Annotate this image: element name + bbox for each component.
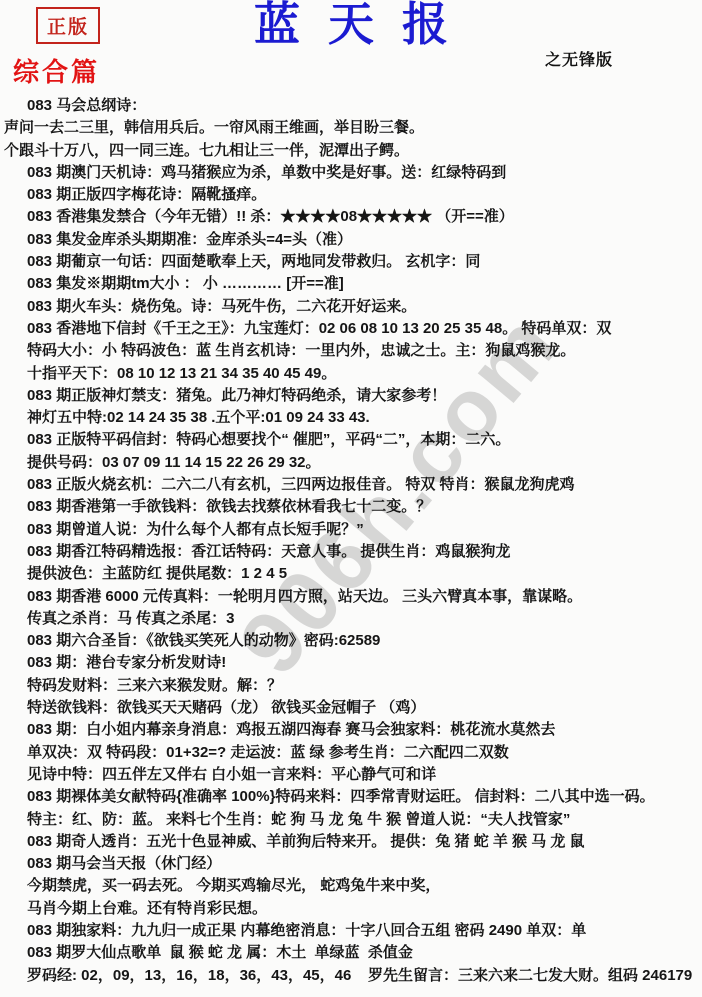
body-line: 083 期奇人透肖：五光十色显神威、羊前狗后特来开。 提供：兔 猪 蛇 羊 猴 …	[27, 831, 692, 853]
body-line: 十指平天下：08 10 12 13 21 34 35 40 45 49。	[27, 363, 692, 385]
body-line: 提供波色：主蓝防红 提供尾数：1 2 4 5	[27, 563, 692, 585]
body-line: 083 期独家料：九九归一成正果 内幕绝密消息：十字八回合五组 密码 2490 …	[27, 920, 692, 942]
body-line: 083 马会总纲诗：	[27, 95, 692, 117]
edition-label: 之无锋版	[545, 47, 613, 70]
body-line: 083 期香港 6000 元传真料：一轮明月四方照，站天边。 三头六臂真本事，靠…	[27, 586, 692, 608]
body-line: 083 期六合圣旨：《欲钱买笑死人的动物》密码:62589	[27, 630, 692, 652]
body-line: 个跟斗十万八，四一同三连。七九相让三一伴，泥潭出子鳄。	[4, 140, 692, 162]
body-line: 083 期澳门天机诗：鸡马猪猴应为杀，单数中奖是好事。送：红绿特码到	[27, 162, 692, 184]
tips-list: 083 马会总纲诗：声问一去二三里，韩信用兵后。一帘风雨王维画，举目盼三餐。个跟…	[0, 95, 702, 987]
section-heading: 综合篇	[13, 52, 100, 89]
body-line: 083 期罗大仙点歌单 鼠 猴 蛇 龙 属：木土 单绿蓝 杀值金	[27, 942, 692, 964]
body-line: 083 正版特平码信封：特码心想要找个“ 催肥”，平码“二”，本期：二六。	[27, 429, 692, 451]
body-line: 083 正版火烧玄机：二六二八有玄机，三四两边报佳音。 特双 特肖：猴鼠龙狗虎鸡	[27, 474, 692, 496]
body-line: 马肖今期上台难。还有特肖彩民想。	[27, 898, 692, 920]
body-line: 传真之杀肖：马 传真之杀尾：3	[27, 608, 692, 630]
body-line: 特送欲钱料：欲钱买天天赌码（龙） 欲钱买金冠帽子 （鸡）	[27, 697, 692, 719]
body-line: 083 香港地下信封《千王之王》：九宝莲灯：02 06 08 10 13 20 …	[27, 318, 692, 340]
body-line: 单双决：双 特码段：01+32=? 走运波：蓝 绿 参考生肖：二六配四二双数	[27, 742, 692, 764]
body-line: 神灯五中特:02 14 24 35 38 .五个平:01 09 24 33 43…	[27, 407, 692, 429]
newspaper-page: 正版 蓝天报 之无锋版 综合篇 906h.com 083 马会总纲诗：声问一去二…	[0, 0, 702, 997]
body-line: 声问一去二三里，韩信用兵后。一帘风雨王维画，举目盼三餐。	[4, 117, 692, 139]
body-line: 083 期正版神灯禁支：猪兔。此乃神灯特码绝杀，请大家参考！	[27, 385, 692, 407]
body-line: 见诗中特：四五伴左又伴右 白小姐一言来料：平心静气可和详	[27, 764, 692, 786]
body-line: 罗码经: 02，09，13，16，18，36，43，45，46 罗先生留言：三来…	[27, 965, 692, 987]
body-line: 083 期葡京一句话：四面楚歌奉上天，两地同发带救归。 玄机字：同	[27, 251, 692, 273]
body-line: 特主：红、防：蓝。 来料七个生肖：蛇 狗 马 龙 兔 牛 猴 曾道人说：“夫人找…	[27, 809, 692, 831]
body-line: 083 期马会当天报（休门经）	[27, 853, 692, 875]
body-line: 083 集发金库杀头期期准：金库杀头=4=头（准）	[27, 229, 692, 251]
body-line: 083 期曾道人说：为什么每个人都有点长短手呢？”	[27, 519, 692, 541]
body-line: 083 期香江特码精选报：香江话特码：天意人事。 提供生肖：鸡鼠猴狗龙	[27, 541, 692, 563]
body-line: 083 期火车头：烧伤兔。诗：马死牛伤，二六花开好运来。	[27, 296, 692, 318]
body-line: 特码发财料：三来六来猴发财。解：？	[27, 675, 692, 697]
body-line: 今期禁虎，买一码去死。 今期买鸡输尽光， 蛇鸡兔牛来中奖，	[27, 875, 692, 897]
body-line: 083 期：港台专家分析发财诗!	[27, 652, 692, 674]
body-line: 083 期：白小姐内幕亲身消息：鸡报五湖四海春 赛马会独家料：桃花流水莫然去	[27, 719, 692, 741]
body-line: 083 期香港第一手欲钱料：欲钱去找蔡依林看我七十二变。？	[27, 496, 692, 518]
body-line: 提供号码：03 07 09 11 14 15 22 26 29 32。	[27, 452, 692, 474]
body-line: 083 期正版四字梅花诗：隔靴搔痒。	[27, 184, 692, 206]
body-line: 083 集发※期期tm大小 ： 小 ………… [开==准]	[27, 273, 692, 295]
body-line: 特码大小：小 特码波色：蓝 生肖玄机诗：一里内外，忠诚之士。主：狗鼠鸡猴龙。	[27, 340, 692, 362]
page-title: 蓝天报	[0, 0, 702, 52]
body-line: 083 期裸体美女献特码{准确率 100%}特码来料：四季常青财运旺。 信封料：…	[27, 786, 692, 808]
body-line: 083 香港集发禁合（今年无错）!! 杀：★★★★08★★★★★ （开==准）	[27, 206, 692, 228]
